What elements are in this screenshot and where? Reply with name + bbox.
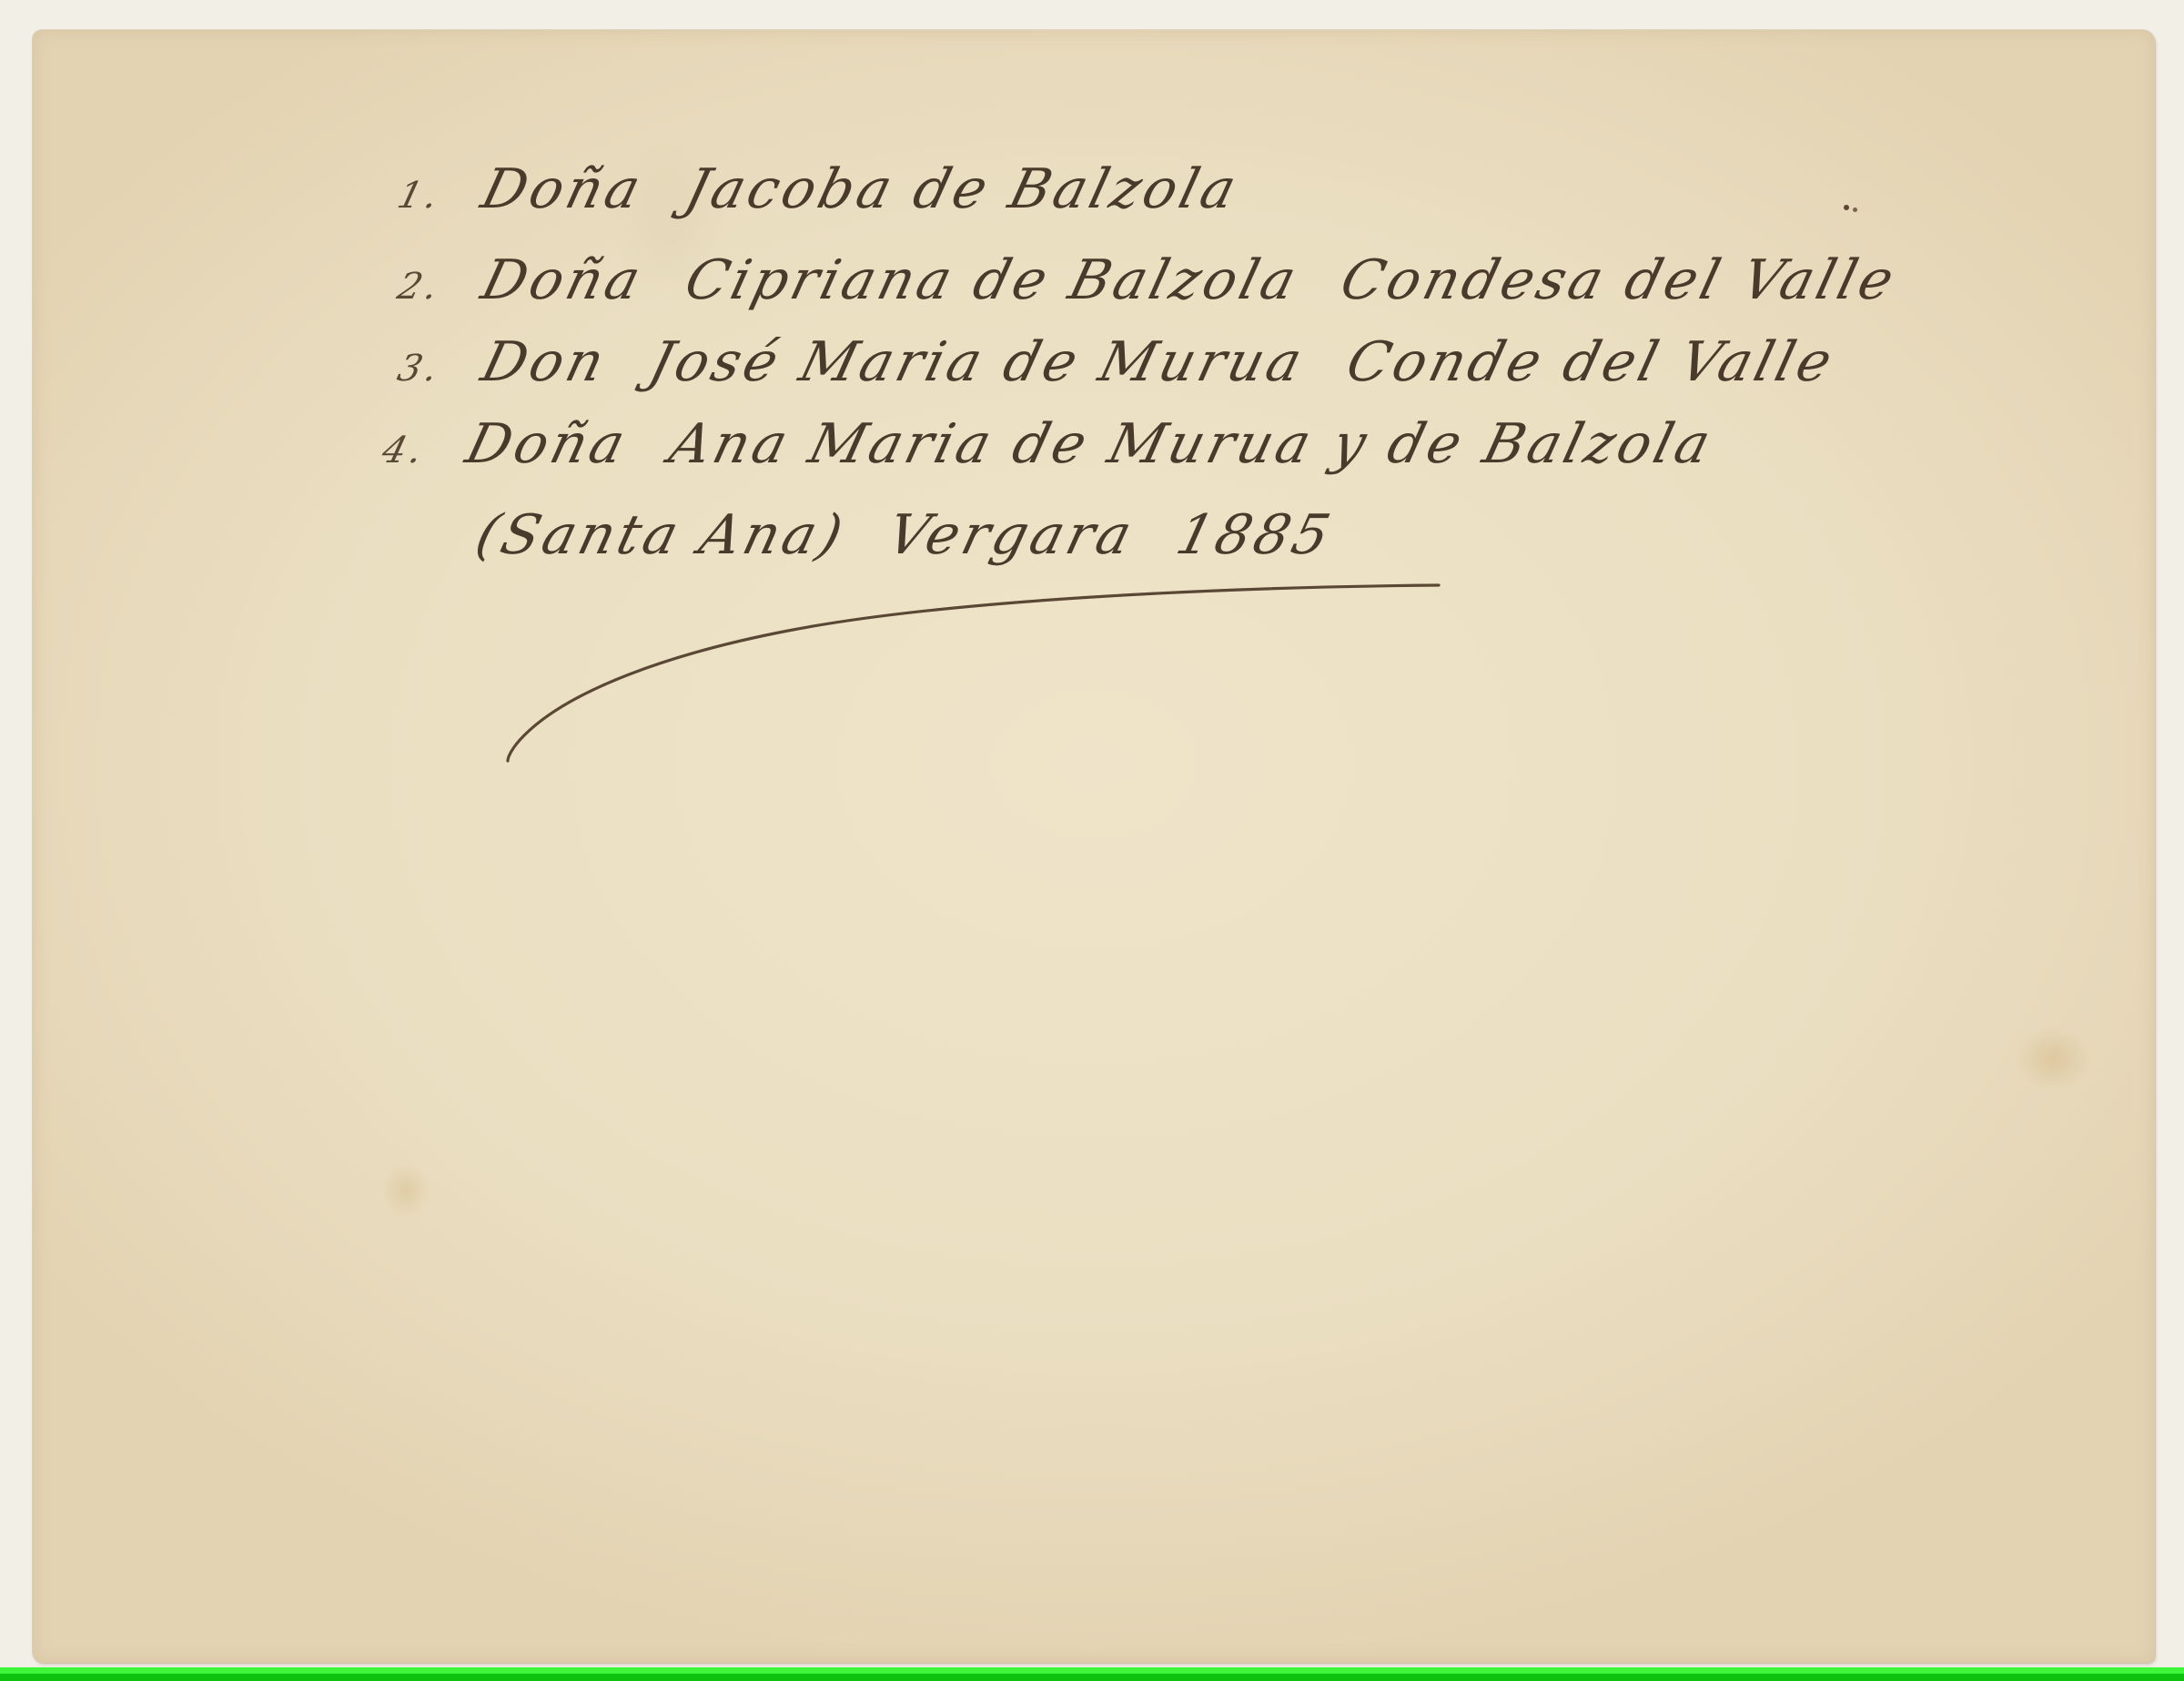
- year: 1885: [1170, 503, 1340, 567]
- place-date-line: (Santa Ana) Vergara 1885: [470, 503, 1363, 567]
- place-note: (Santa Ana): [470, 503, 852, 567]
- entry-name: José Maria de Murua: [642, 330, 1311, 394]
- entry-name: Ana Maria de Murua y de Balzola: [663, 412, 1720, 476]
- progress-bar-dark: [0, 1674, 2184, 1681]
- paper-card: 1. Doña Jacoba de Balzola 2. Doña Cipria…: [33, 30, 2155, 1663]
- entry-name: Jacoba de Balzola: [679, 157, 1246, 221]
- entry-title: Doña: [475, 157, 650, 221]
- entry-rank: Conde del Valle: [1340, 330, 1842, 394]
- entry-rank: Condesa del Valle: [1334, 248, 1903, 312]
- entry-number: 4.: [378, 430, 430, 471]
- entry-number: 1.: [393, 175, 446, 217]
- entry-1: 1. Doña Jacoba de Balzola: [392, 157, 1269, 221]
- entry-4: 4. Doña Ana Maria de Murua y de Balzola: [377, 412, 1744, 476]
- entry-title: Doña: [460, 412, 634, 476]
- handwritten-text: 1. Doña Jacoba de Balzola 2. Doña Cipria…: [33, 30, 2155, 1663]
- entry-title: Doña: [475, 248, 650, 312]
- entry-title: Don: [475, 330, 613, 394]
- entry-name: Cipriana de Balzola: [679, 248, 1306, 312]
- entry-3: 3. Don José Maria de Murua Conde del Val…: [392, 330, 1865, 394]
- entry-number: 2.: [393, 266, 446, 308]
- town: Vergara: [881, 503, 1141, 567]
- ink-speck: [1853, 208, 1857, 212]
- ink-speck: [1844, 205, 1849, 210]
- entry-number: 3.: [393, 348, 446, 390]
- entry-2: 2. Doña Cipriana de Balzola Condesa del …: [392, 248, 1927, 312]
- progress-bar-light: [0, 1667, 2184, 1674]
